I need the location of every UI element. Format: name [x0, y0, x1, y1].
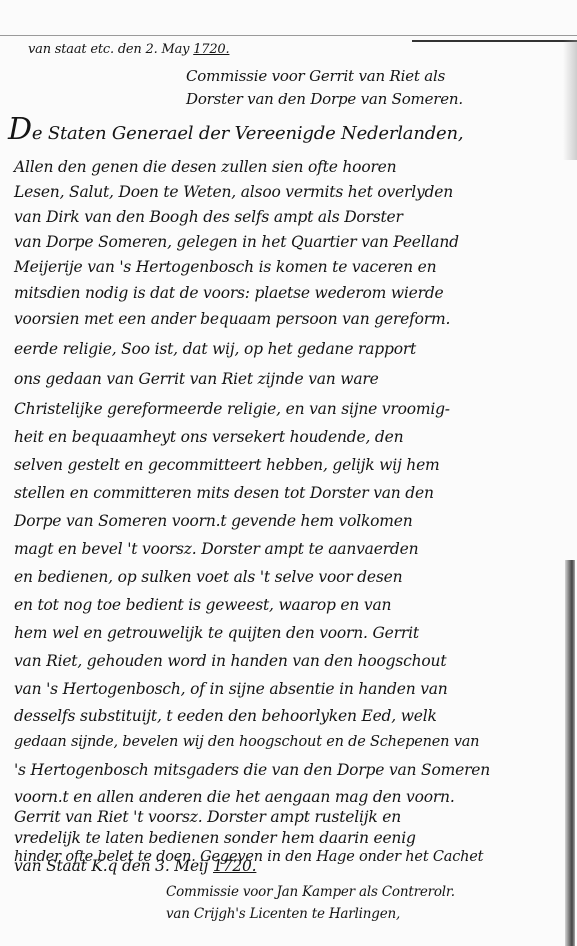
page-edge-shadow [563, 40, 577, 160]
body-line-3: Lesen, Salut, Doen te Weten, alsoo vermi… [14, 183, 453, 201]
body-line-24: 's Hertogenbosch mitsgaders die van den … [14, 761, 490, 779]
body-line-15: Dorpe van Someren voorn.t gevende hem vo… [14, 512, 413, 530]
body-line-17: en bedienen, op sulken voet als 't selve… [14, 568, 402, 586]
body-line-23: gedaan sijnde, bevelen wij den hoogschou… [14, 734, 479, 750]
body-line-7: mitsdien nodig is dat de voors: plaetse … [14, 284, 444, 302]
commission-title-line-1: Commissie voor Gerrit van Riet als [186, 67, 445, 85]
closing-date: van Staat K.q den 3. Meij [14, 857, 208, 875]
body-line-5: van Dorpe Someren, gelegen in het Quarti… [14, 233, 459, 251]
manuscript-page: van staat etc. den 2. May 1720. Commissi… [0, 0, 577, 946]
body-line-10: ons gedaan van Gerrit van Riet zijnde va… [14, 370, 379, 388]
body-line-11: Christelijke gereformeerde religie, en v… [14, 400, 450, 418]
body-line-13: selven gestelt en gecommitteert hebben, … [14, 456, 440, 474]
body-line-25: voorn.t en allen anderen die het aengaan… [14, 788, 455, 806]
decorated-initial: D [8, 112, 32, 147]
register-year: 1720. [193, 42, 229, 57]
closing-year: 1720. [213, 857, 256, 875]
body-line-1: De Staten Generael der Vereenigde Nederl… [8, 112, 463, 147]
closing-date-line: van Staat K.q den 3. Meij 1720. [14, 857, 256, 875]
body-line-8: voorsien met een ander bequaam persoon v… [14, 310, 450, 328]
body-line-4: van Dirk van den Boogh des selfs ampt al… [14, 208, 403, 226]
register-date: van staat etc. den 2. May [28, 42, 189, 57]
page-top-edge-mark [412, 40, 577, 42]
body-line-14: stellen en committeren mits desen tot Do… [14, 484, 434, 502]
body-line-6: Meijerije van 's Hertogenbosch is komen … [14, 258, 436, 276]
body-line-26: Gerrit van Riet 't voorsz. Dorster ampt … [14, 808, 401, 826]
body-line-9: eerde religie, Soo ist, dat wij, op het … [14, 340, 416, 358]
footer-commission-line-1: Commissie voor Jan Kamper als Contrerolr… [166, 884, 455, 900]
body-line-16: magt en bevel 't voorsz. Dorster ampt te… [14, 540, 418, 558]
commission-title-line-2: Dorster van den Dorpe van Someren. [186, 90, 463, 108]
body-line-20: van Riet, gehouden word in handen van de… [14, 652, 446, 670]
body-line-2: Allen den genen die desen zullen sien of… [14, 158, 396, 176]
register-line: van staat etc. den 2. May 1720. [28, 42, 229, 57]
page-binding-edge [565, 560, 575, 946]
page-top-rule [0, 35, 577, 36]
footer-commission-line-2: van Crijgh's Licenten te Harlingen, [166, 906, 400, 922]
body-line-19: hem wel en getrouwelijk te quijten den v… [14, 624, 419, 642]
body-line-18: en tot nog toe bedient is geweest, waaro… [14, 596, 391, 614]
body-line-22: desselfs substituijt, t eeden den behoor… [14, 707, 437, 725]
body-line-27: vredelijk te laten bedienen sonder hem d… [14, 829, 416, 847]
body-line-21: van 's Hertogenbosch, of in sijne absent… [14, 680, 448, 698]
body-line-12: heit en bequaamheyt ons versekert houden… [14, 428, 403, 446]
